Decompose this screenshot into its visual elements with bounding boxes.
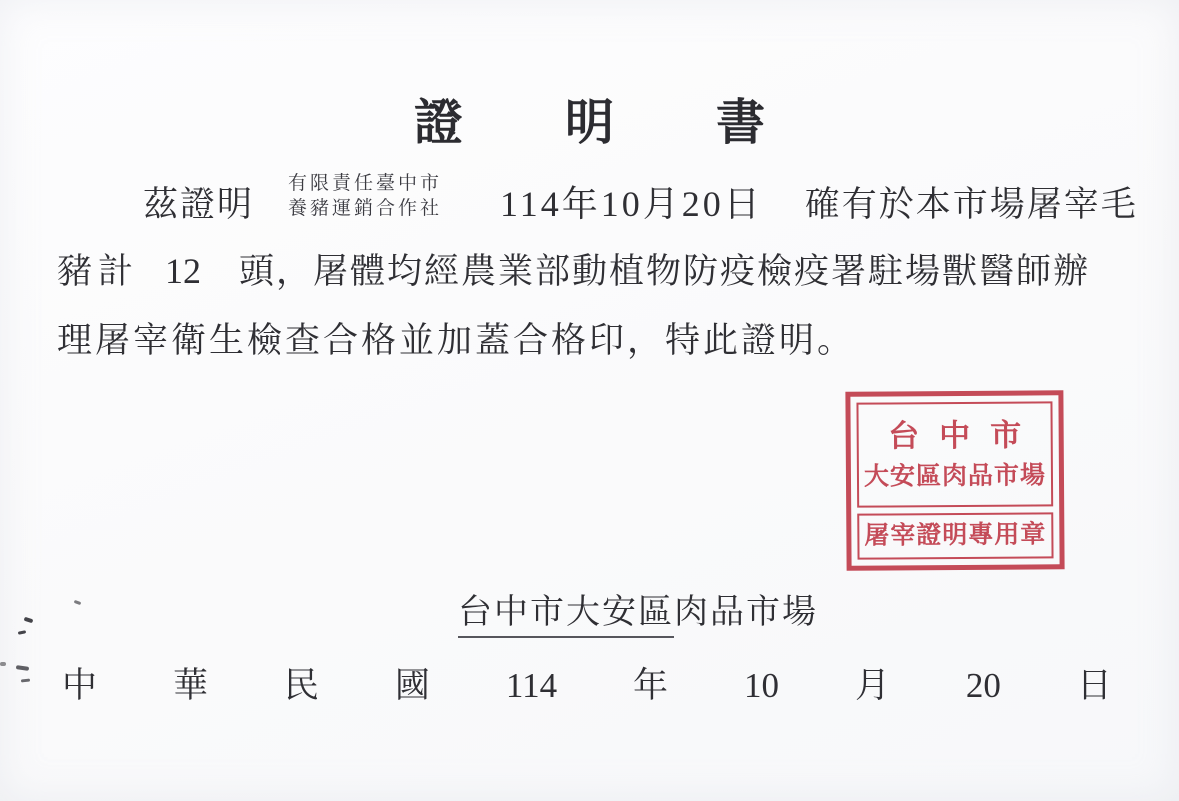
slaughter-date: 114年10月20日: [500, 176, 763, 227]
body-line-2: 豬計 12 頭，屠體均經農業部動植物防疫檢疫署駐場獸醫師辦: [57, 244, 1090, 294]
date-day-value: 20: [966, 666, 1001, 706]
issuer-name: 台中市大安區肉品市場: [458, 584, 818, 638]
date-char-day: 日: [1077, 658, 1112, 708]
scan-artifact: [0, 662, 6, 666]
stamp-organization-box: 台中市 大安區肉品市場: [856, 401, 1053, 507]
official-stamp: 台中市 大安區肉品市場 屠宰證明專用章: [845, 390, 1064, 571]
applicant-name-line-1: 有限責任臺中市: [288, 171, 442, 196]
certificate-title: 證 明 書: [0, 84, 1179, 154]
head-count-value: 12: [165, 250, 201, 292]
title-char-1: 證: [414, 84, 463, 154]
scan-artifact: [74, 600, 82, 605]
body-line-3: 理屠宰衛生檢查合格並加蓋合格印，特此證明。: [57, 313, 855, 363]
body-line-1-text: 確有於本市場屠宰毛: [805, 177, 1138, 227]
date-year-value: 114: [506, 666, 557, 706]
applicant-name: 有限責任臺中市 養豬運銷合作社: [288, 171, 442, 221]
title-char-2: 明: [565, 84, 614, 154]
body-line-1: 茲證明 有限責任臺中市 養豬運銷合作社 114年10月20日 確有於本市場屠宰毛: [143, 176, 1138, 227]
head-count-label: 豬計: [57, 244, 139, 294]
stamp-city-text: 台中市: [859, 413, 1051, 458]
date-char-zhong: 中: [62, 658, 97, 708]
title-char-3: 書: [716, 84, 765, 154]
date-char-guo: 國: [395, 658, 430, 708]
scan-artifact: [16, 665, 29, 671]
stamp-market-text: 大安區肉品市場: [859, 457, 1051, 496]
scan-artifact: [24, 617, 34, 624]
issuer-name-underlined: 台中市大安區: [458, 584, 674, 638]
scan-artifact: [18, 630, 26, 635]
date-month-value: 10: [744, 666, 779, 706]
scan-artifact: [21, 679, 30, 683]
stamp-purpose-text: 屠宰證明專用章: [857, 512, 1053, 559]
roc-date-line: 中 華 民 國 114 年 10 月 20 日: [62, 658, 1112, 708]
date-char-month: 月: [855, 658, 890, 708]
body-line-2-text: 頭，屠體均經農業部動植物防疫檢疫署駐場獸醫師辦: [239, 244, 1090, 294]
date-char-min: 民: [284, 658, 319, 708]
certificate-page: 證 明 書 茲證明 有限責任臺中市 養豬運銷合作社 114年10月20日 確有於…: [0, 0, 1179, 801]
issuer-name-rest: 肉品市場: [674, 594, 818, 631]
applicant-name-line-2: 養豬運銷合作社: [288, 196, 442, 221]
intro-text: 茲證明: [143, 177, 254, 227]
date-char-hua: 華: [173, 658, 208, 708]
date-char-year: 年: [633, 658, 668, 708]
